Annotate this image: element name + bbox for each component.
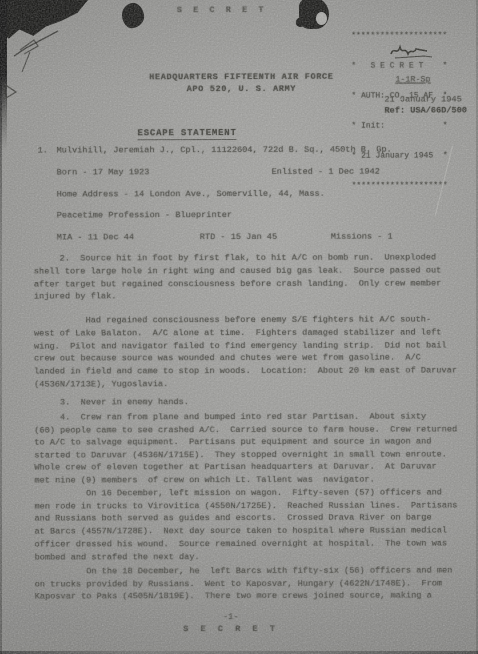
- subject-address-line: Home Address - 14 London Ave., Somervill…: [38, 189, 393, 199]
- document-title: ESCAPE STATEMENT: [137, 128, 236, 140]
- typist-initials: 1-1R-Sp: [395, 74, 430, 84]
- letterhead-line1: HEADQUARTERS FIFTEENTH AIR FORCE: [96, 72, 386, 84]
- date-reference-block: 21 January 1945 Ref: USA/66D/500: [384, 94, 467, 116]
- statement-paragraph-2: 2. Source hit in foot by first flak, to …: [34, 251, 442, 303]
- stamp-classification-line: * S E C R E T *: [351, 61, 447, 71]
- statement-paragraph-crash: Had regained consciousness before enemy …: [34, 313, 457, 391]
- subject-status-line: MIA - 11 Dec 44RTD - 15 Jan 45Missions -…: [38, 233, 393, 243]
- mia-date: MIA - 11 Dec 44: [57, 233, 200, 242]
- profession: Peacetime Profession - Blueprinter: [57, 210, 232, 220]
- subject-identification-block: 1.Mulvihill, Jeremiah J., Cpl., 11122604…: [38, 146, 393, 256]
- rtd-date: RTD - 15 Jan 45: [200, 233, 331, 242]
- letterhead: HEADQUARTERS FIFTEENTH AIR FORCE APO 520…: [96, 72, 386, 96]
- document-date: 21 January 1945: [384, 94, 467, 105]
- subject-born-line: Born - 17 May 1923Enlisted - 1 Dec 1942: [38, 167, 393, 177]
- statement-paragraph-4: 4. Crew ran from plane and bumped into r…: [34, 410, 457, 486]
- document-text-layer: S E C R E T ******************** * S E C…: [0, 0, 478, 654]
- classification-marking-bottom: S E C R E T: [1, 623, 461, 634]
- scanned-document-page: S E C R E T ******************** * S E C…: [0, 0, 478, 654]
- statement-paragraph-5: On 16 December, left mission on wagon. F…: [34, 486, 457, 563]
- letterhead-line2: APO 520, U. S. ARMY: [96, 83, 386, 95]
- page-number: -1-: [1, 611, 461, 622]
- home-address: Home Address - 14 London Ave., Somervill…: [57, 188, 325, 199]
- page-footer: -1- S E C R E T: [1, 611, 461, 634]
- stamp-border-top: ********************: [351, 31, 447, 41]
- enlisted-date: Enlisted - 1 Dec 1942: [272, 166, 380, 176]
- statement-paragraph-6: On the 18 December, he left Barcs with f…: [35, 564, 453, 603]
- subject-profession-line: Peacetime Profession - Blueprinter: [38, 211, 393, 221]
- stamp-init-line: * Init: *: [351, 121, 447, 131]
- missions-count: Missions - 1: [331, 232, 393, 242]
- item-number: 1.: [38, 146, 57, 155]
- born-date: Born - 17 May 1923: [57, 168, 272, 178]
- statement-paragraph-3: 3. Never in enemy hands.: [34, 396, 189, 409]
- subject-name-line: 1.Mulvihill, Jeremiah J., Cpl., 11122604…: [38, 146, 393, 156]
- subject-name: Mulvihill, Jeremiah J., Cpl., 11122604, …: [57, 145, 392, 156]
- reference-number: Ref: USA/66D/500: [384, 105, 467, 116]
